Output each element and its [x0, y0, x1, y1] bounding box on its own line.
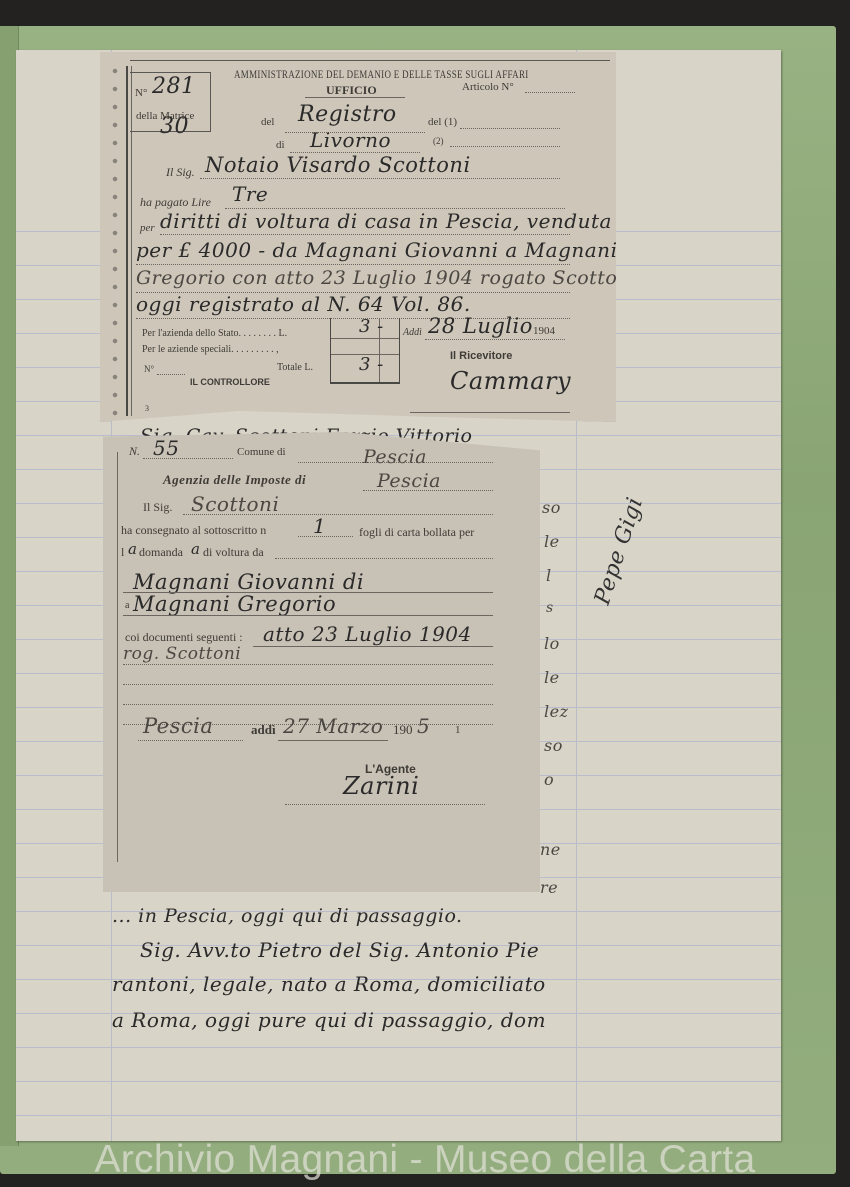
margin-fragment: so	[542, 498, 561, 517]
sig-label: Il Sig.	[143, 500, 172, 515]
margin-fragment: lo	[544, 634, 560, 653]
from-value: Magnani Giovanni di	[133, 570, 364, 594]
left-rule	[117, 452, 118, 862]
documenti-value-2: rog. Scottoni	[123, 644, 241, 664]
margin-fragment: le	[544, 532, 560, 551]
agency-field	[363, 490, 493, 491]
articolo-label: Articolo N°	[462, 81, 514, 93]
fogli-field	[298, 536, 353, 537]
purpose-line-1: diritti di voltura di casa in Pescia, ve…	[160, 209, 612, 233]
n-label: N.	[129, 444, 140, 459]
consegnato-label: ha consegnato al sottoscritto n	[121, 523, 266, 538]
sig-value: Notaio Visardo Scottoni	[205, 153, 471, 177]
date-field	[425, 339, 565, 340]
place-value: Pescia	[143, 714, 213, 738]
ledger-line-5: a Roma, oggi pure qui di passaggio, dom	[112, 1008, 546, 1032]
perforation-edge	[100, 62, 122, 422]
receipt1-date: 28 Luglio	[428, 314, 533, 338]
number-value: 281	[152, 74, 196, 99]
left-rule	[126, 66, 128, 416]
agency-value: Pescia	[377, 470, 441, 492]
comune-field	[298, 462, 493, 463]
sig-field	[200, 178, 560, 179]
n-value: 55	[153, 436, 179, 460]
di-note-field	[450, 146, 560, 147]
documenti-value: atto 23 Luglio 1904	[263, 622, 472, 646]
paid-value: Tre	[232, 182, 268, 206]
receipt2-date: 27 Marzo	[283, 714, 383, 738]
agente-signature: Zarini	[343, 772, 419, 800]
ricevitore-signature: Cammary	[450, 367, 571, 395]
year-suffix: 5	[417, 714, 430, 738]
margin-fragment: ne	[540, 840, 561, 859]
margin-fragment: re	[540, 878, 558, 897]
watermark: Archivio Magnani - Museo della Carta	[0, 1138, 850, 1182]
aziende-speciali-label: Per le aziende speciali. . . . . . . . .…	[142, 344, 279, 355]
sig-label: Il Sig.	[166, 165, 195, 180]
documenti-field	[253, 646, 493, 647]
number-label: N°	[135, 87, 147, 99]
di-note: (2)	[433, 136, 444, 146]
purpose-line-2: per £ 4000 - da Magnani Giovanni a Magna…	[136, 238, 617, 262]
domanda-prefix: l	[121, 545, 124, 560]
margin-fragment: s	[546, 600, 554, 616]
comune-value: Pescia	[363, 446, 427, 468]
margin-fragment: so	[544, 736, 563, 755]
margin-fragment: l	[546, 566, 552, 585]
admin-header: AMMINISTRAZIONE DEL DEMANIO E DELLE TASS…	[234, 68, 529, 81]
title-rule	[305, 97, 405, 98]
documenti-field-4	[123, 704, 493, 705]
documenti-label: coi documenti seguenti :	[125, 630, 243, 645]
purpose-line-3: Gregorio con atto 23 Luglio 1904 rogato …	[136, 267, 637, 289]
n-field	[143, 458, 233, 459]
amount-row-rule	[331, 338, 399, 339]
sig-value: Scottoni	[191, 492, 279, 516]
year-prefix: 190	[393, 722, 413, 738]
per-label: per	[140, 222, 155, 234]
articolo-field	[525, 92, 575, 93]
domanda-handwritten: a	[128, 540, 137, 558]
voltura-label: di voltura da	[203, 545, 264, 560]
fogli-label: fogli di carta bollata per	[359, 525, 474, 540]
comune-label: Comune di	[237, 446, 286, 458]
del-label: del	[261, 116, 274, 128]
controllore-label: IL CONTROLLORE	[190, 377, 270, 387]
del-value: Registro	[298, 102, 397, 127]
footer-mark: 3	[145, 404, 149, 413]
margin-fragment: le	[544, 668, 560, 687]
sig-field	[183, 514, 493, 515]
ledger-line-4: rantoni, legale, nato a Roma, domiciliat…	[112, 972, 546, 996]
paid-label: ha pagato Lire	[140, 195, 211, 210]
del-note: del (1)	[428, 116, 457, 128]
purpose-field-1	[160, 234, 570, 235]
documenti-field-2	[123, 664, 493, 665]
voltura-field	[275, 558, 493, 559]
amount-box: 3 - 3 -	[330, 318, 400, 384]
azienda-stato-value: 3 -	[359, 316, 384, 337]
totale-label: Totale L.	[277, 362, 313, 373]
addi-label: Addì	[403, 327, 422, 338]
di-value: Livorno	[310, 128, 391, 152]
n-field	[157, 374, 185, 375]
matrice-value: 30	[160, 114, 189, 139]
top-rule	[130, 60, 610, 61]
footnote-mark: 1	[455, 724, 461, 736]
agency-title: Agenzia delle Imposte di	[163, 472, 306, 488]
ledger-line-2: ... in Pescia, oggi qui di passaggio.	[112, 905, 463, 927]
office-title: UFFICIO	[326, 83, 377, 98]
n-label: N°	[144, 364, 154, 374]
documenti-field-3	[123, 684, 493, 685]
margin-fragment: lez	[544, 702, 569, 721]
fogli-count: 1	[313, 514, 326, 538]
date-field	[278, 740, 388, 741]
domanda-suffix: a	[191, 540, 200, 558]
receipt-agenzia-imposte: N. 55 Comune di Pescia Agenzia delle Imp…	[103, 432, 540, 892]
signature-rule	[410, 412, 570, 413]
ricevitore-label: Il Ricevitore	[450, 350, 512, 362]
place-field	[138, 740, 243, 741]
domanda-label: domanda	[139, 545, 183, 560]
totale-value: 3 -	[359, 354, 384, 375]
purpose-field-2	[136, 264, 570, 265]
to-value: Magnani Gregorio	[133, 592, 336, 616]
a-label: a	[125, 600, 129, 611]
to-field	[123, 615, 493, 616]
margin-fragment: o	[544, 770, 554, 789]
ledger-line-3: Sig. Avv.to Pietro del Sig. Antonio Pie	[140, 938, 539, 962]
addi-label: addì	[251, 722, 276, 738]
del-note-field	[460, 128, 560, 129]
di-label: di	[276, 139, 285, 151]
purpose-line-4: oggi registrato al N. 64 Vol. 86.	[136, 292, 471, 316]
azienda-stato-label: Per l'azienda dello Stato. . . . . . . .…	[142, 328, 287, 339]
receipt1-year: 1904	[533, 325, 555, 337]
agente-field	[285, 804, 485, 805]
